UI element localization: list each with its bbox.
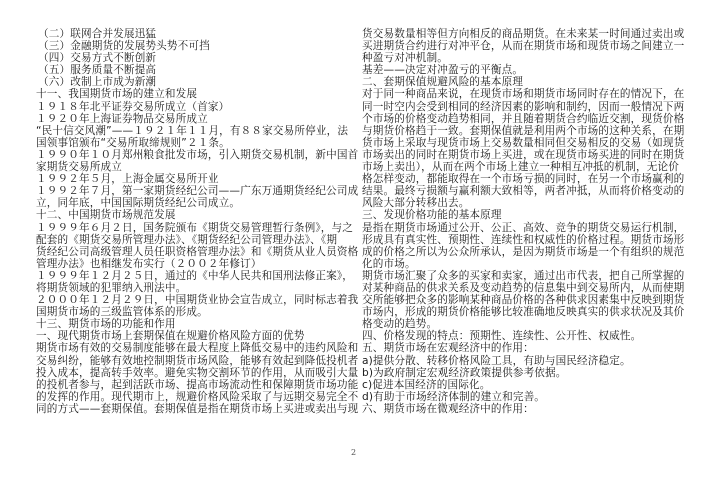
text-line: 个市场的价格变动趋势相同，并且随着期货合约临近交割，现货价格 <box>362 113 668 125</box>
subsection-heading: 四、价格发现的特点：预期性、连续性、公开性、权威性。 <box>362 330 668 342</box>
section-heading: 十二、中国期货市场规范发展 <box>36 209 342 221</box>
text-line: 同一时空内会受到相同的经济因素的影响和制约，因而一般情况下两 <box>362 101 668 113</box>
text-line: １９９２年７月，第一家期货经纪公司——广东万通期货经纪公司成 <box>36 185 342 197</box>
text-line: １９９２年５月，上海金属交易所开业 <box>36 173 342 185</box>
text-line: １９１８年北平证券交易所成立（首家） <box>36 101 342 113</box>
text-line: 基差——决定对冲盈亏的平衡点。 <box>362 64 668 76</box>
text-line: 市场卖出的同时在期货市场上买进，或在现货市场买进的同时在期货 <box>362 149 668 161</box>
subsection-heading: （四）交易方式不断创新 <box>36 52 342 64</box>
text-line: 货经纪公司高级管理人员任职资格管理办法》和《期货从业人员资格 <box>36 246 342 258</box>
left-column: （二）联网合并发展迅猛 （三）金融期货的发展势头势不可挡 （四）交易方式不断创新… <box>36 28 342 415</box>
text-line: 国期货市场的三级监管体系的形成。 <box>36 306 342 318</box>
text-line: 期货市场有效的交易制度能够在最大程度上降低交易中的违约风险和 <box>36 342 342 354</box>
text-line: 期货市场汇聚了众多的买家和卖家，通过出市代表，把自己所掌握的 <box>362 270 668 282</box>
list-item: a)提供分散、转移价格风险工具，有助与国民经济稳定。 <box>362 355 668 367</box>
text-line: １９９９年１２月２５日，通过的《中华人民共和国刑法修正案》， <box>36 270 342 282</box>
subsection-heading: （六）改制上市成为新潮 <box>36 76 342 88</box>
text-line: 货交易数量相等但方向相反的商品期货。在未来某一时间通过卖出或 <box>362 28 668 40</box>
text-line: 成的价格之所以为公众所承认，是因为期货市场是一个有组织的规范 <box>362 246 668 258</box>
text-line: 立，同年底，中国国际期货经纪公司成立。 <box>36 197 342 209</box>
text-line: 国领事馆颁布“交易所取缔规则”２１条。 <box>36 137 342 149</box>
text-line: 市场上卖出），从而在两个市场上建立一种相互冲抵的机制，无论价 <box>362 161 668 173</box>
text-line: １９９０年１０月郑州粮食批发市场，引入期货交易机制，新中国首 <box>36 149 342 161</box>
text-line: 配套的《期货交易所管理办法》、《期货经纪公司管理办法》、《期 <box>36 234 342 246</box>
text-line: 格变动的趋势。 <box>362 318 668 330</box>
subsection-heading: （三）金融期货的发展势头势不可挡 <box>36 40 342 52</box>
subsection-heading: （二）联网合并发展迅猛 <box>36 28 342 40</box>
list-item: b)为政府制定宏观经济政策提供参考依据。 <box>362 367 668 379</box>
text-line: 与期货价格趋于一致。套期保值就是利用两个市场的这种关系，在期 <box>362 125 668 137</box>
text-line: １９９９年６月２日，国务院颁布《期货交易管理暂行条例》，与之 <box>36 222 342 234</box>
page-number: 2 <box>351 448 356 457</box>
text-line: 的投机者参与，起到活跃市场、提高市场流动性和保障期货市场功能 <box>36 379 342 391</box>
text-line: 种盈亏对冲机制。 <box>362 52 668 64</box>
list-item: c)促进本国经济的国际化。 <box>362 379 668 391</box>
text-line: 将期货领域的犯罪纳入刑法中。 <box>36 282 342 294</box>
text-line: 买进期货合约进行对冲平仓，从而在期货市场和现货市场之间建立一 <box>362 40 668 52</box>
text-line: 市场内，形成的期货价格能够比较准确地反映真实的供求状况及其价 <box>362 306 668 318</box>
text-line: “民十信交风潮”——１９２１年１１月，有８８家交易所停业，法 <box>36 125 342 137</box>
text-line: 是指在期货市场通过公开、公正、高效、竞争的期货交易运行机制， <box>362 222 668 234</box>
text-line: 管理办法》也相继发布实行（２００２年修订） <box>36 258 342 270</box>
section-heading: 十一、我国期货市场的建立和发展 <box>36 88 342 100</box>
text-line: 形成具有真实性、预期性、连续性和权威性的价格过程。期货市场形 <box>362 234 668 246</box>
text-line: 同的方式——套期保值。套期保值是指在期货市场上买进或卖出与现 <box>36 403 342 415</box>
subsection-heading: 一、现代期货市场上套期保值在规避价格风险方面的优势 <box>36 330 342 342</box>
text-line: 的发挥的作用。现代期市上，规避价格风险采取了与远期交易完全不 <box>36 391 342 403</box>
subsection-heading: 三、发现价格功能的基本原理 <box>362 209 668 221</box>
text-line: 货市场上采取与现货市场上交易数量相同但交易相反的交易（如现货 <box>362 137 668 149</box>
text-line: 化的市场。 <box>362 258 668 270</box>
subsection-heading: 五、期货市场在宏观经济中的作用： <box>362 342 668 354</box>
section-heading: 十三、期货市场的功能和作用 <box>36 318 342 330</box>
text-line: 格怎样变动，都能取得在一个市场亏损的同时，在另一个市场赢利的 <box>362 173 668 185</box>
text-line: 投入成本，提高转手效率。避免实物交割环节的作用，从而吸引大量 <box>36 367 342 379</box>
text-line: ２０００年１２月２９日，中国期货业协会宣告成立，同时标志着我 <box>36 294 342 306</box>
list-item: d)有助于市场经济体制的建立和完善。 <box>362 391 668 403</box>
document-page: （二）联网合并发展迅猛 （三）金融期货的发展势头势不可挡 （四）交易方式不断创新… <box>0 0 707 500</box>
text-line: 家期货交易所成立 <box>36 161 342 173</box>
text-line: 交所能够把众多的影响某种商品价格的各种供求因素集中反映到期货 <box>362 294 668 306</box>
subsection-heading: 二、套期保值规避风险的基本原理 <box>362 76 668 88</box>
right-column: 货交易数量相等但方向相反的商品期货。在未来某一时间通过卖出或 买进期货合约进行对… <box>362 28 668 415</box>
subsection-heading: 六、期货市场在微观经济中的作用： <box>362 403 668 415</box>
text-line: 对某种商品的供求关系及变动趋势的信息集中到交易所内，从而使期 <box>362 282 668 294</box>
text-line: 对于同一种商品来说，在现货市场和期货市场同时存在的情况下，在 <box>362 88 668 100</box>
text-line: 交易纠纷，能够有效地控制期货市场风险，能够有效起到降低投机者 <box>36 355 342 367</box>
text-line: 结果。最终亏损额与赢利额大致相等，两者冲抵，从而将价格变动的 <box>362 185 668 197</box>
text-line: 风险大部分转移出去。 <box>362 197 668 209</box>
text-line: １９２０年上海证券物品交易所成立 <box>36 113 342 125</box>
subsection-heading: （五）服务质量不断提高 <box>36 64 342 76</box>
